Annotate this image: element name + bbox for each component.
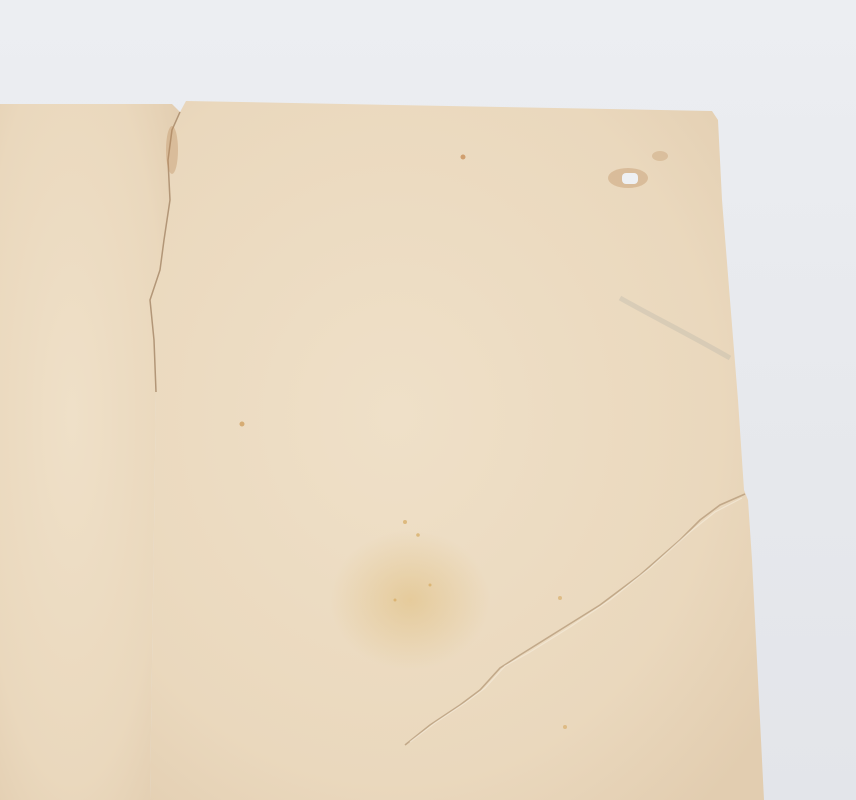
foxing-spot xyxy=(461,155,466,160)
foxing-cluster xyxy=(330,530,490,670)
foxing-spot xyxy=(416,533,420,537)
punch-hole xyxy=(622,173,638,184)
stain-top xyxy=(166,126,178,174)
paper-main-piece xyxy=(150,101,764,800)
paper-scene xyxy=(0,0,856,800)
foxing-spot xyxy=(403,520,407,524)
foxing-spot xyxy=(240,422,245,427)
foxing-spot xyxy=(563,725,567,729)
hole-stain-2 xyxy=(652,151,668,161)
foxing-spot xyxy=(429,584,432,587)
foxing-spot xyxy=(394,599,397,602)
foxing-spot xyxy=(558,596,562,600)
